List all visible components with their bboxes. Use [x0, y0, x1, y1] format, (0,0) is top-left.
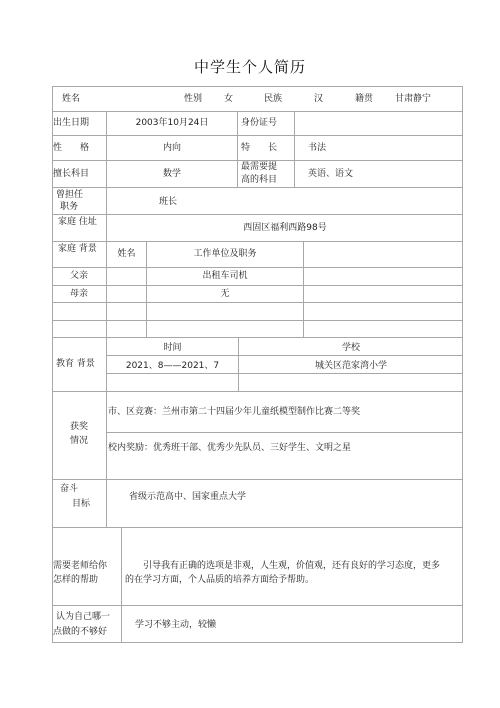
education-header-time: 时间	[107, 342, 238, 354]
family-header-work: 工作单位及职务	[147, 248, 303, 260]
native-place-label: 籍贯	[355, 93, 373, 105]
personality-label: 性 格	[53, 142, 89, 154]
row-divider	[52, 241, 463, 242]
col-divider	[237, 111, 238, 187]
family-relation: 父亲	[52, 270, 106, 282]
id-label: 身份证号	[241, 117, 277, 129]
teacher-help-label: 需要老师给你	[53, 560, 107, 572]
page-title: 中学生个人简历	[0, 56, 500, 77]
improve-subject-label: 高的科目	[241, 174, 277, 186]
education-header-school: 学校	[239, 342, 463, 354]
awards-label: 情况	[52, 435, 106, 447]
position-label: 曾担任	[56, 189, 83, 201]
position-value[interactable]: 班长	[159, 196, 177, 208]
row-divider	[106, 373, 463, 374]
goal-label: 目标	[72, 498, 90, 510]
row-divider	[52, 267, 463, 268]
gender-label: 性别	[184, 93, 202, 105]
family-relation: 母亲	[52, 288, 106, 300]
row-divider	[52, 391, 463, 392]
row-divider	[52, 337, 463, 338]
address-label: 家庭 住址	[58, 216, 97, 228]
col-divider	[303, 241, 304, 337]
row-divider	[52, 527, 463, 528]
row-divider	[52, 302, 463, 303]
teacher-help-label: 怎样的帮助	[53, 574, 98, 586]
education-label: 教育 背景	[56, 358, 95, 370]
birthdate-label: 出生日期	[53, 117, 89, 129]
personality-value[interactable]: 内向	[107, 142, 237, 154]
specialty-label: 特 长	[241, 142, 277, 154]
name-label: 姓名	[62, 93, 80, 105]
award-item[interactable]: 市、区竞赛：兰州市第二十四届少年儿童纸模型制作比赛二等奖	[108, 406, 360, 418]
row-divider	[106, 432, 463, 433]
ethnicity-label: 民族	[264, 93, 282, 105]
improve-subject-label: 最需要提	[241, 161, 277, 173]
strong-subject-label: 擅长科目	[53, 168, 89, 180]
gender-value[interactable]: 女	[224, 93, 233, 105]
col-divider	[121, 527, 122, 643]
row-divider	[106, 355, 463, 356]
goal-value[interactable]: 省级示范高中、国家重点大学	[129, 491, 246, 503]
teacher-help-value[interactable]: 引导我有正确的选项是非观，人生观，价值观，还有良好的学习态度，更多	[143, 560, 440, 572]
birthdate-value[interactable]: 2003年10月24日	[107, 117, 237, 129]
strong-subject-value[interactable]: 数学	[107, 168, 237, 180]
specialty-value[interactable]: 书法	[308, 142, 326, 154]
family-work[interactable]: 出租车司机	[147, 270, 303, 282]
col-divider	[294, 111, 295, 187]
row-divider	[52, 214, 463, 215]
weakness-value[interactable]: 学习不够主动，较懒	[135, 619, 216, 631]
improve-subject-value[interactable]: 英语、语文	[308, 168, 353, 180]
row-divider	[52, 111, 463, 112]
row-divider	[52, 187, 463, 188]
weakness-label: 认为自己哪一	[56, 611, 110, 623]
ethnicity-value[interactable]: 汉	[314, 93, 323, 105]
row-divider	[52, 605, 463, 606]
row-divider	[52, 135, 463, 136]
awards-label: 获奖	[52, 421, 106, 433]
weakness-label: 点做的不够好	[53, 626, 107, 638]
resume-table: 姓名 性别 女 民族 汉 籍贯 甘肃静宁 出生日期 2003年10月24日 身份…	[52, 86, 463, 643]
row-divider	[52, 320, 463, 321]
family-header-name: 姓名	[107, 248, 146, 260]
goal-label: 奋斗	[60, 483, 78, 495]
award-item[interactable]: 校内奖励：优秀班干部、优秀少先队员、三好学生、文明之星	[108, 442, 351, 454]
address-value[interactable]: 西固区福利西路98号	[107, 222, 463, 234]
row-divider	[52, 479, 463, 480]
family-label: 家庭 背景	[58, 243, 97, 255]
row-divider	[52, 285, 463, 286]
education-school[interactable]: 城关区范家湾小学	[239, 360, 463, 372]
education-time[interactable]: 2021、8——2021、7	[107, 360, 238, 372]
position-label: 职务	[60, 201, 78, 213]
native-place-value[interactable]: 甘肃静宁	[395, 93, 431, 105]
teacher-help-value[interactable]: 的在学习方面，个人品质的培养方面给予帮助。	[125, 574, 314, 586]
family-work[interactable]: 无	[147, 288, 303, 300]
